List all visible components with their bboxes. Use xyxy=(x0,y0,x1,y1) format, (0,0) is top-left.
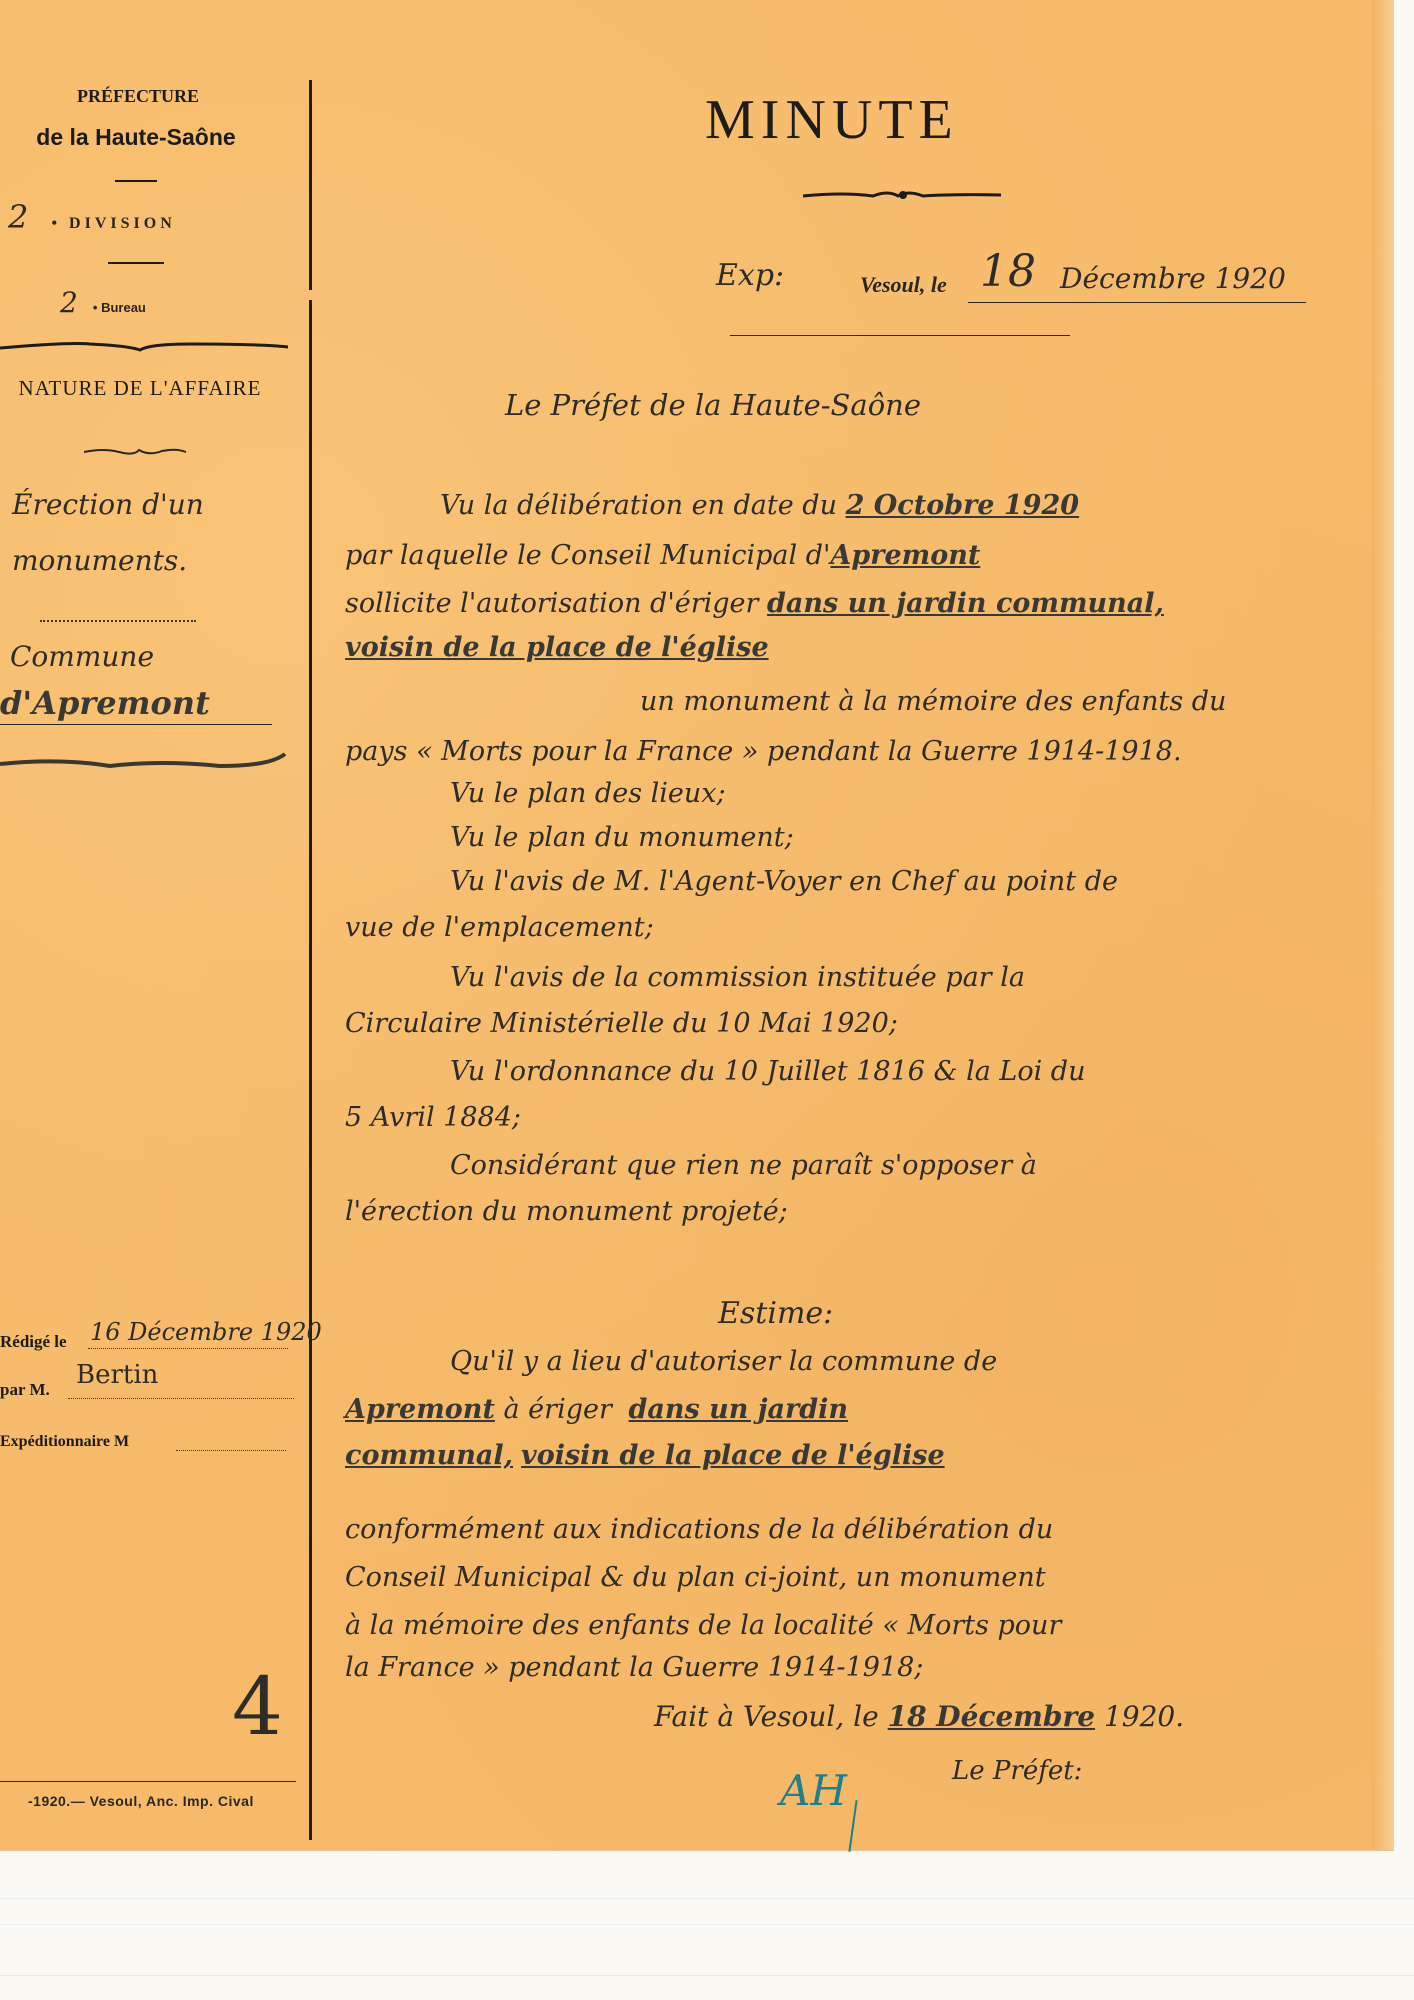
nature-line-1: Érection d'un xyxy=(12,488,204,521)
par-value: Bertin xyxy=(76,1360,158,1390)
par-label: par M. xyxy=(0,1380,50,1400)
inserted-text: dans un jardin communal, xyxy=(767,588,1164,619)
division-label: • DIVISION xyxy=(51,215,175,232)
date-underline xyxy=(968,302,1306,303)
line-text: à la mémoire des enfants de la localité … xyxy=(345,1610,1061,1641)
line-text: Vu le plan des lieux; xyxy=(450,778,726,809)
body-line: pays « Morts pour la France » pendant la… xyxy=(345,736,1182,767)
line-text: à ériger xyxy=(495,1394,621,1425)
par-line xyxy=(68,1398,294,1399)
inserted-text: 2 Octobre 1920 xyxy=(846,490,1079,521)
scan-line xyxy=(0,1898,1414,1899)
line-text: 5 Avril 1884; xyxy=(345,1102,521,1133)
decision-line: Apremont à ériger dans un jardin xyxy=(345,1394,848,1425)
flourish-ornament xyxy=(0,752,290,774)
document-page: PRÉFECTURE de la Haute-Saône 2 • DIVISIO… xyxy=(0,0,1394,1851)
expeditionnaire-line xyxy=(176,1450,286,1451)
decision-line: conformément aux indications de la délib… xyxy=(345,1514,1053,1545)
ornament xyxy=(108,262,164,264)
bureau-row: 2 • Bureau xyxy=(60,286,146,319)
ornament xyxy=(115,180,157,182)
decision-line: communal,voisin de la place de l'église xyxy=(345,1440,945,1471)
signature-stroke xyxy=(848,1800,857,1852)
exp-underline xyxy=(730,335,1070,336)
line-text: l'érection du monument projeté; xyxy=(345,1196,788,1227)
column-divider-top xyxy=(309,80,312,290)
commune-underline xyxy=(0,724,272,725)
salutation: Le Préfet de la Haute-Saône xyxy=(505,388,921,422)
brace-ornament xyxy=(0,338,290,352)
folio-mark: 4 xyxy=(232,1660,283,1753)
expeditionnaire-label: Expéditionnaire M xyxy=(0,1433,129,1451)
place-date-prefix: Vesoul, le xyxy=(860,272,947,298)
body-line: un monument à la mémoire des enfants du xyxy=(640,686,1226,717)
fait-line: Fait à Vesoul, le 18 Décembre 1920. xyxy=(654,1700,1184,1733)
line-text: Vu l'avis de M. l'Agent-Voyer en Chef au… xyxy=(450,866,1118,897)
fait-date: 18 Décembre xyxy=(888,1700,1095,1733)
body-line: voisin de la place de l'église xyxy=(345,632,769,663)
line-text: sollicite l'autorisation d'ériger xyxy=(345,588,767,619)
prefecture-label: PRÉFECTURE xyxy=(0,86,288,107)
wave-ornament xyxy=(84,446,188,458)
body-line: Vu l'avis de la commission instituée par… xyxy=(450,962,1025,993)
line-text: Qu'il y a lieu d'autoriser la commune de xyxy=(450,1346,997,1377)
division-number: 2 xyxy=(8,198,28,236)
line-text: Conseil Municipal & du plan ci-joint, un… xyxy=(345,1562,1046,1593)
body-line: Vu le plan du monument; xyxy=(450,822,794,853)
line-text: conformément aux indications de la délib… xyxy=(345,1514,1053,1545)
bureau-number: 2 xyxy=(60,286,78,319)
line-text: vue de l'emplacement; xyxy=(345,912,654,943)
line-text: Vu la délibération en date du xyxy=(440,490,846,521)
line-text: par laquelle le Conseil Municipal d' xyxy=(345,540,830,571)
decision-line: à la mémoire des enfants de la localité … xyxy=(345,1610,1061,1641)
paper-edge xyxy=(1372,0,1394,1850)
title-ornament xyxy=(803,188,1003,202)
scan-line xyxy=(0,1975,1414,1976)
line-text: un monument à la mémoire des enfants du xyxy=(640,686,1226,717)
line-text: Circulaire Ministérielle du 10 Mai 1920; xyxy=(345,1008,898,1039)
scan-line xyxy=(0,1924,1414,1925)
column-divider xyxy=(309,300,312,1840)
inserted-text: Apremont xyxy=(345,1394,495,1425)
line-text: la France » pendant la Guerre 1914-1918; xyxy=(345,1652,923,1683)
line-text: pays « Morts pour la France » pendant la… xyxy=(345,736,1182,767)
line-text: Vu le plan du monument; xyxy=(450,822,794,853)
body-line: Vu le plan des lieux; xyxy=(450,778,726,809)
inserted-text: Apremont xyxy=(830,540,980,571)
line-text: Vu l'avis de la commission instituée par… xyxy=(450,962,1025,993)
nature-line-2: monuments. xyxy=(12,544,187,577)
signatory: Le Préfet: xyxy=(952,1756,1082,1786)
imprint-rule xyxy=(0,1781,296,1782)
inserted-text: dans un jardin xyxy=(628,1394,848,1425)
date-month-year: Décembre 1920 xyxy=(1060,262,1286,295)
fait-prefix: Fait à Vesoul, le xyxy=(654,1700,888,1733)
body-line: par laquelle le Conseil Municipal d'Apre… xyxy=(345,540,980,571)
fait-year: 1920. xyxy=(1095,1700,1184,1733)
inserted-text: voisin de la place de l'église xyxy=(521,1440,945,1471)
division-row: 2 • DIVISION xyxy=(8,198,176,236)
decision-line: Conseil Municipal & du plan ci-joint, un… xyxy=(345,1562,1046,1593)
body-line: Vu l'avis de M. l'Agent-Voyer en Chef au… xyxy=(450,866,1118,897)
body-line: l'érection du monument projeté; xyxy=(345,1196,788,1227)
separator xyxy=(40,620,196,622)
imprint: -1920.— Vesoul, Anc. Imp. Cival xyxy=(28,1793,254,1809)
inserted-text: voisin de la place de l'église xyxy=(345,632,769,663)
body-line: 5 Avril 1884; xyxy=(345,1102,521,1133)
commune-label: Commune xyxy=(10,640,154,673)
estime-heading: Estime: xyxy=(718,1296,833,1331)
body-line: Vu l'ordonnance du 10 Juillet 1816 & la … xyxy=(450,1056,1085,1087)
redige-line xyxy=(88,1348,288,1349)
commune-name: d'Apremont xyxy=(0,684,210,722)
exp-mark: Exp: xyxy=(716,258,784,293)
document-title: MINUTE xyxy=(705,88,959,152)
date-day: 18 xyxy=(980,246,1036,297)
prefect-initials-signature: AH xyxy=(780,1766,847,1815)
body-line: Circulaire Ministérielle du 10 Mai 1920; xyxy=(345,1008,898,1039)
department-label: de la Haute-Saône xyxy=(0,124,286,151)
redige-label: Rédigé le xyxy=(0,1332,67,1352)
body-line: Considérant que rien ne paraît s'opposer… xyxy=(450,1150,1037,1181)
line-text: Considérant que rien ne paraît s'opposer… xyxy=(450,1150,1037,1181)
body-line: vue de l'emplacement; xyxy=(345,912,654,943)
nature-heading: NATURE DE L'AFFAIRE xyxy=(0,376,290,401)
line-text: Vu l'ordonnance du 10 Juillet 1816 & la … xyxy=(450,1056,1085,1087)
body-line: sollicite l'autorisation d'ériger dans u… xyxy=(345,588,1164,619)
body-line: Vu la délibération en date du 2 Octobre … xyxy=(440,490,1079,521)
redige-value: 16 Décembre 1920 xyxy=(90,1318,322,1346)
inserted-text: communal, xyxy=(345,1440,513,1471)
bureau-label: • Bureau xyxy=(93,300,146,315)
decision-line: Qu'il y a lieu d'autoriser la commune de xyxy=(450,1346,997,1377)
decision-line: la France » pendant la Guerre 1914-1918; xyxy=(345,1652,923,1683)
